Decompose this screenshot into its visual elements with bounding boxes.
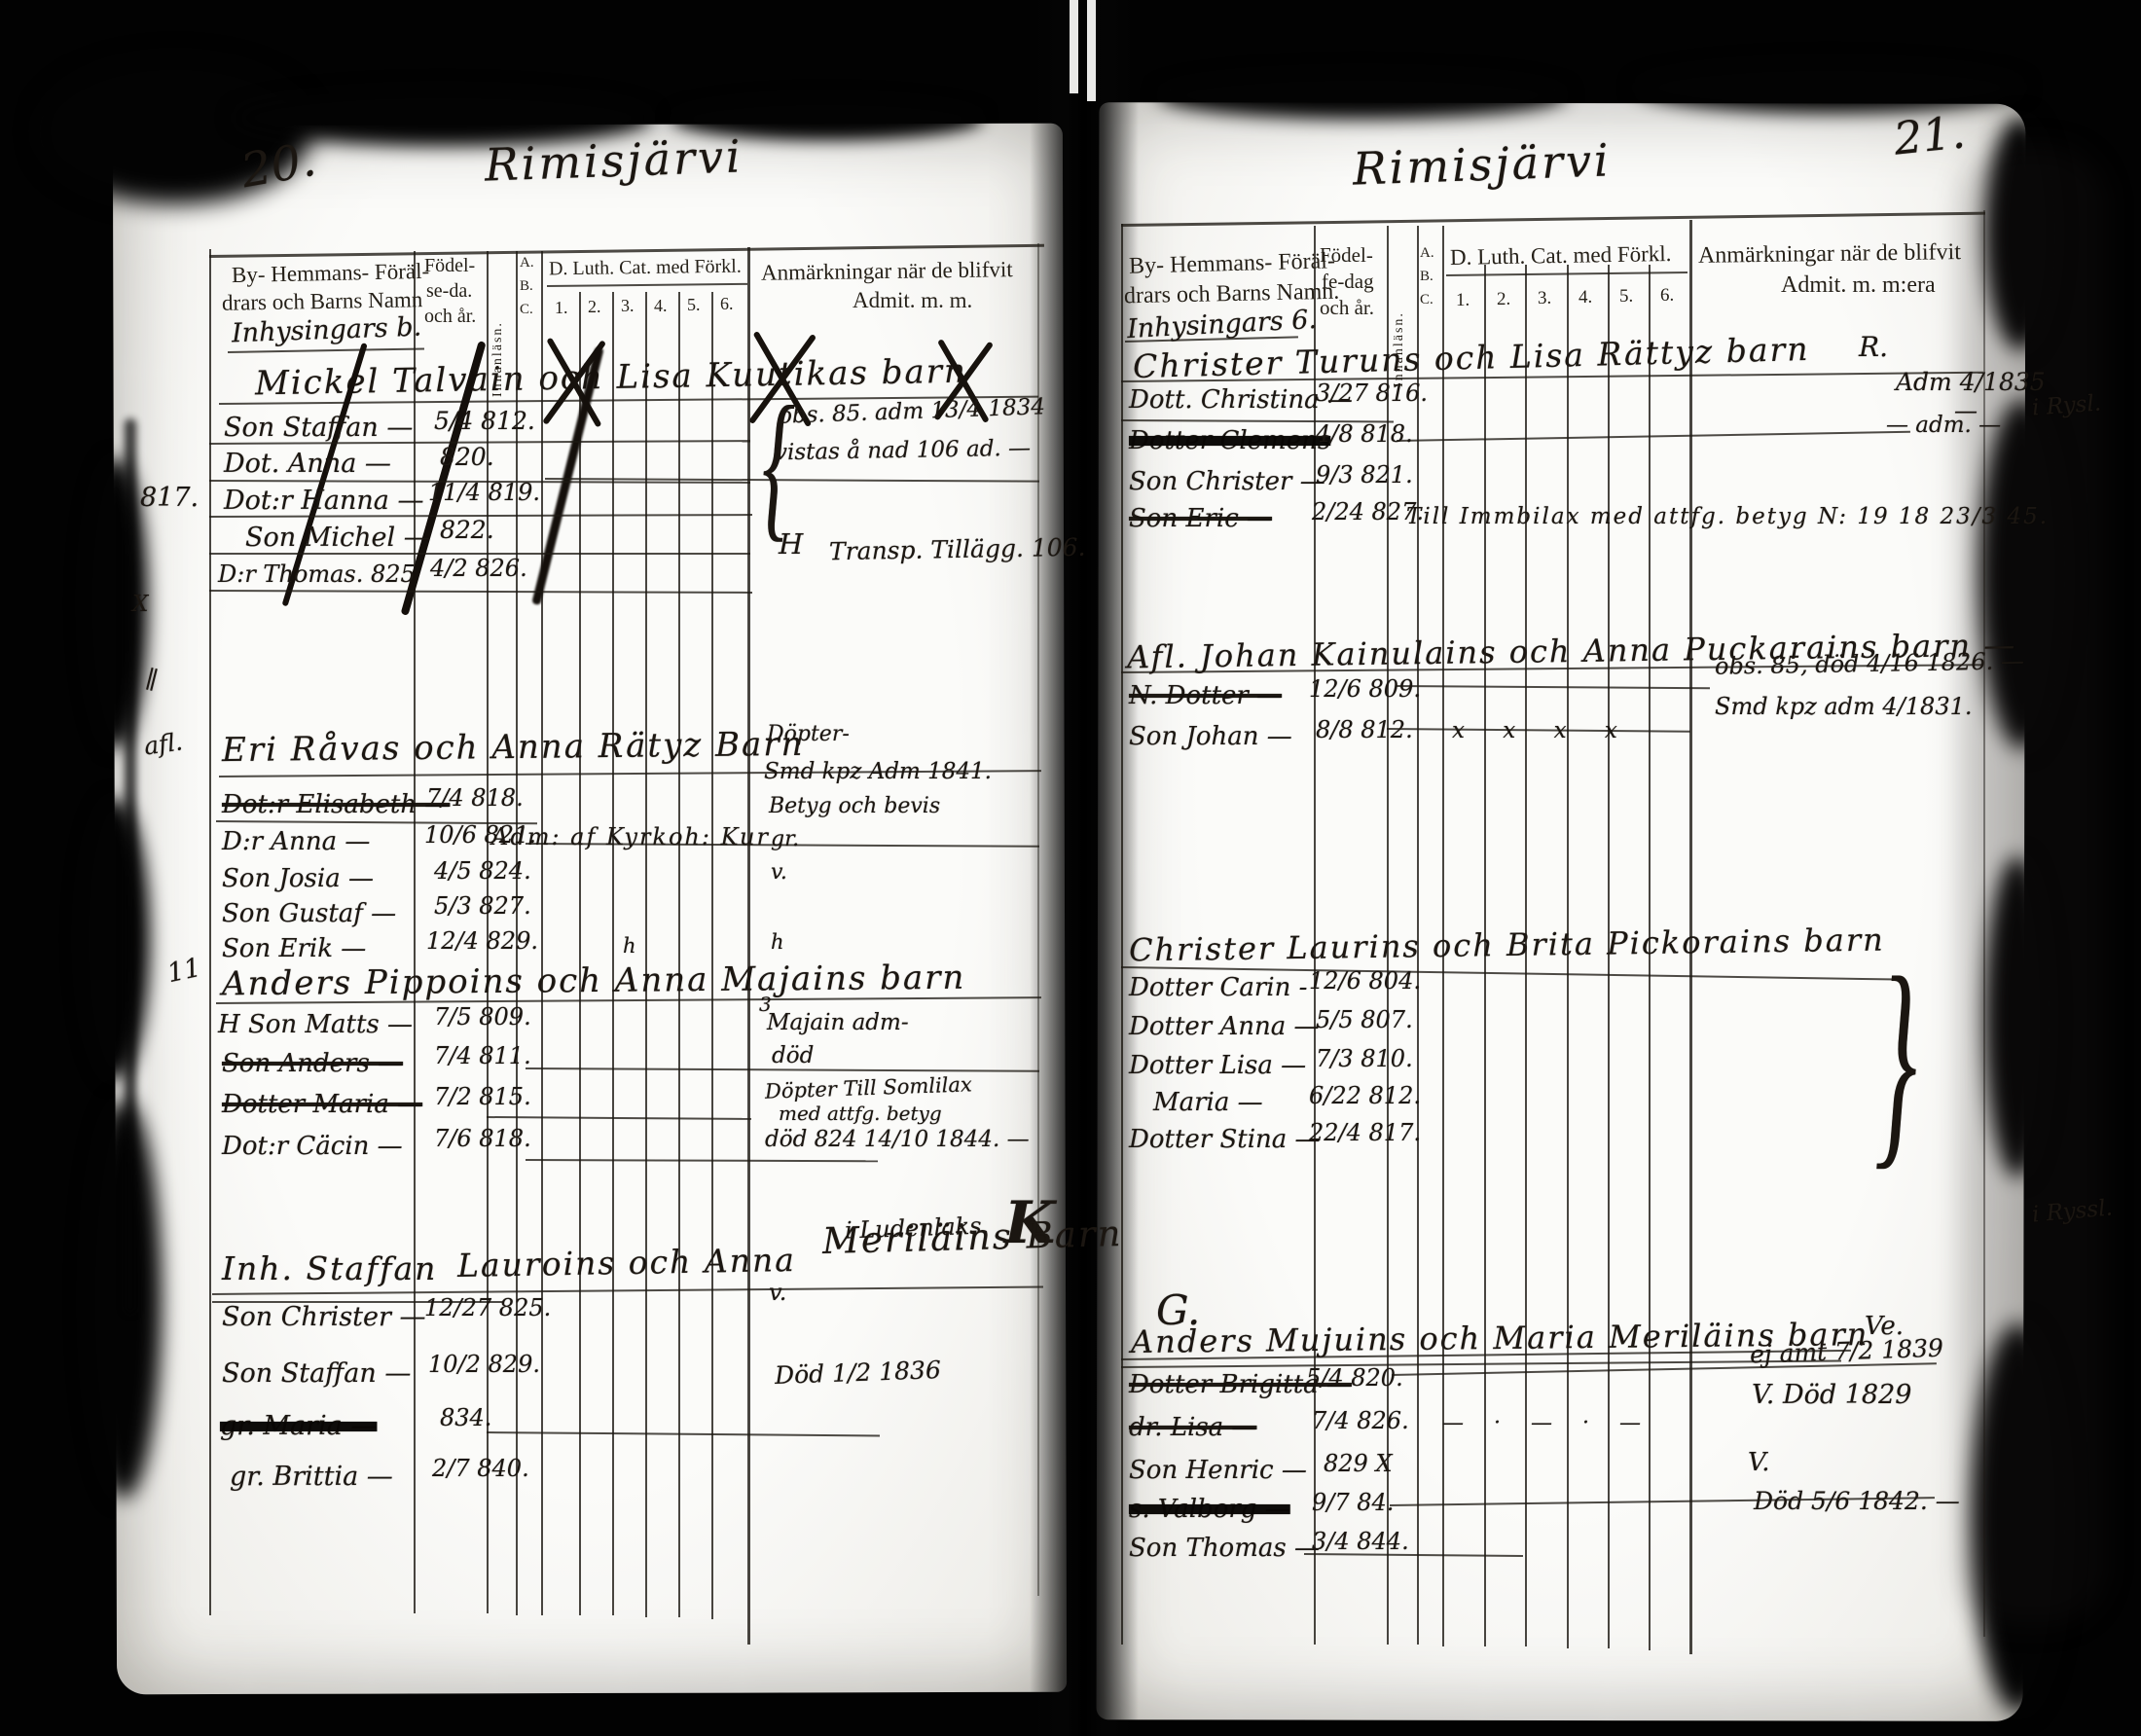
record-birthdate: 4/5 824. [434,857,531,885]
remark: Betyg och bevis [769,794,940,818]
record-birthdate: 7/4 826. [1312,1407,1409,1434]
record-birthdate: 5/3 827. [434,892,531,920]
record-birthdate: 10/2 829. [428,1351,540,1378]
col-subheader: 6. [720,294,734,314]
record-birthdate: 829 X [1324,1450,1393,1477]
record-birthdate: 12/6 809. [1309,675,1421,703]
record-birthdate: 3/27 816. [1316,380,1428,407]
superscript-mark: h [623,934,636,958]
record-name: Dotter Maria — [222,1090,422,1119]
catechism-marks: — · — · — [1442,1411,1652,1435]
col-header-remarks: Anmärkningar när de blifvit [761,257,1013,286]
scan-edge-blot [125,418,136,1314]
col-header-birth: och år. [1320,296,1374,320]
record-birthdate: 9/3 821. [1316,461,1413,488]
page-title: Rimisjärvi [1352,133,1612,195]
col-header-name: drars och Barns Namn [222,287,423,316]
remark: — adm. — [1886,413,2001,438]
record-name: Son Henric — [1129,1456,1307,1485]
record-name: gr. Maria — [220,1411,377,1441]
col-subheader: 4. [654,296,668,316]
record-name: Dotter Clemens [1129,426,1330,455]
record-name: Son Staffan — [224,413,413,443]
table-rule [414,251,416,1613]
record-name: D:r Anna — [222,827,370,856]
grouping-brace: } [1874,942,1916,1175]
col-header-birth: fe-dag [1322,270,1374,294]
record-name: Dot. Anna — [224,449,391,479]
record-birthdate: 12/27 825. [424,1294,551,1321]
col-header-remarks: Admit. m. m:era [1781,272,1936,299]
record-name: Son Christer — [1129,467,1325,496]
family-heading: Eri Råvas och Anna Rätyz Barn [222,725,805,770]
col-header-name: By- Hemmans- Föräl- [1129,248,1336,280]
record-birthdate: 7/5 809. [434,1003,531,1031]
record-name: s. Valborg — [1129,1495,1290,1524]
record-birthdate: 5/4 820. [1306,1364,1403,1392]
margin-mark: X [132,592,148,617]
side-mark: R. [1859,331,1888,363]
remark: v. [771,860,787,885]
record-name: Son Eric — [1129,504,1272,533]
record-birthdate: 834. [440,1404,491,1431]
remark: gr. [771,827,799,851]
col-subheader: 2. [1497,289,1510,310]
record-name: Son Anders — [222,1049,403,1078]
remark: Döpter- [767,722,850,746]
page-number: 21. [1891,105,1967,164]
remark: Smd kpz Adm 1841. [764,759,992,784]
col-header-remarks: Admit. m. m. [853,288,972,313]
record-birthdate: 5/5 807. [1316,1006,1413,1033]
remark: Död 5/6 1842. — [1754,1487,1960,1515]
record-birthdate: 4/8 818. [1316,420,1413,448]
scan-edge-blot [86,1100,162,1499]
record-birthdate: 7/3 810. [1316,1045,1413,1072]
remark: Transp. Tillägg. 106. [829,533,1086,566]
table-rule [1037,243,1039,1596]
binding-slit [1070,0,1078,93]
remark: Död 1/2 1836 [775,1356,942,1390]
col-header-name: By- Hemmans- Föräl- [232,259,430,288]
col-subheader: 5. [687,295,701,315]
record-name: Son Gustaf — [222,899,396,928]
remark: V. Död 1829 [1752,1380,1911,1410]
table-rule [612,292,614,1615]
col-header-abc: A. B. C. [520,251,539,321]
record-name: Son Josia — [222,864,374,893]
scan-edge-blot [1635,62,2024,113]
col-subheader: 5. [1619,286,1633,307]
record-name: Dot:r Cäcin — [222,1132,403,1161]
record-birthdate: 5/4 812. [434,407,535,435]
col-subheader: 6. [1660,285,1674,307]
record-birthdate: 7/2 815. [434,1083,531,1110]
ink-rule [209,553,750,555]
table-rule [645,292,647,1617]
record-name: D:r Thomas. 825 [218,561,416,588]
record-name: Son Erik — [222,934,366,963]
record-name: Dotter Anna — [1129,1012,1320,1041]
record-birthdate: 4/2 826. [430,555,527,582]
remark: Adm 4/1835 [1896,368,2046,396]
record-birthdate: 822. [440,516,494,544]
record-name: N. Dotter — [1129,681,1282,710]
family-heading: Lauroins och Anna [457,1241,796,1284]
record-birthdate: 12/4 829. [426,927,538,955]
family-heading: Anders Pippoins och Anna Majains barn [222,958,966,1004]
record-birthdate: 3/4 844. [1312,1528,1409,1555]
scanned-register-spread: 20. Rimisjärvi By- Hemmans- Föräl- drars… [0,0,2141,1736]
remark: död [772,1043,814,1068]
record-margin-number: 817. [140,483,199,513]
family-heading: Inh. Staffan [222,1249,437,1287]
record-birthdate: 2/7 840. [432,1455,529,1482]
family-margin: afl. [142,727,184,760]
remark: vistas å nad 106 ad. — [775,436,1031,466]
remark: v. [769,1279,786,1306]
record-birthdate: 22/4 817. [1309,1119,1421,1146]
scan-edge-blot [1158,72,1567,119]
page-title: Rimisjärvi [484,129,744,191]
record-name: Son Thomas — [1129,1534,1320,1563]
record-birthdate: 11/4 819. [428,479,540,506]
record-name: Dot:r Elisabeth — [222,790,450,819]
record-birthdate: 12/6 804. [1309,967,1421,995]
record-name: Son Staffan — [222,1358,411,1389]
remark: obs. 85, död 4/16 1826. — [1715,647,2024,680]
record-name: Maria — [1153,1088,1263,1117]
record-birthdate: 6/22 812. [1309,1082,1421,1109]
table-rule [711,292,713,1619]
col-header-birth: Födel- [424,255,475,277]
record-name: Dotter Lisa — [1129,1051,1306,1080]
col-subheader: 2. [588,297,601,317]
col-header-remarks: Anmärkningar när de blifvit [1698,239,1961,270]
record-name: Dotter Carin - [1129,973,1307,1002]
remark: Majain adm- [767,1010,909,1035]
scan-edge-blot [80,798,150,1080]
table-rule [541,251,543,1615]
record-name: H Son Matts — [218,1010,413,1039]
record-name: Son Christer — [222,1302,426,1332]
col-header-birth: se-da. [426,280,472,303]
record-birthdate: 7/6 818. [434,1125,531,1152]
remark: död 824 14/10 1844. — [765,1127,1030,1152]
table-rule [209,249,211,1615]
col-header-catechism: D. Luth. Cat. med Förkl. [1450,241,1672,271]
table-rule [579,292,581,1615]
col-header-abc: A. B. C. [1420,241,1439,311]
family-heading: Meriläins Barn [821,1212,1122,1262]
record-name: Son Johan — [1129,722,1292,751]
col-subheader: 3. [1538,288,1551,309]
col-subheader: 1. [555,298,568,318]
record-name: dr. Lisa — [1129,1413,1256,1442]
remark: med attfg. betyg [779,1102,942,1125]
superscript-mark: h [771,930,784,954]
record-name: gr. Brittia — [230,1462,393,1492]
remark: V. [1748,1448,1770,1477]
binding-slit [1087,0,1096,101]
table-rule [1121,224,1123,1645]
record-birthdate: 9/7 84. [1312,1489,1394,1516]
col-subheader: 4. [1579,287,1592,308]
remark-initial: H [779,527,803,561]
col-header-birth: Födel- [1320,243,1373,268]
record-birthdate: 7/4 811. [434,1042,531,1069]
record-name: Son Michel — [245,523,430,553]
col-subheader: 3. [621,296,635,316]
remark: Smd kpz adm 4/1831. [1715,693,1973,720]
remark: Adm: af Kyrkoh: Kur [491,823,770,850]
col-header-birth: och år. [424,306,476,328]
col-subheader: 1. [1456,290,1470,311]
table-rule [678,292,680,1617]
record-name: Dotter Stina — [1129,1125,1321,1154]
record-birthdate: 820. [440,443,494,471]
remark: Till Immbilax med attfg. betyg N: 19 18 … [1406,504,2049,529]
record-name: Dot:r Hanna — [224,486,423,516]
record-birthdate: 7/4 818. [426,784,524,812]
locality-note: i Rysl. [2031,391,2102,421]
col-header-catechism: D. Luth. Cat. med Förkl. [549,256,742,281]
